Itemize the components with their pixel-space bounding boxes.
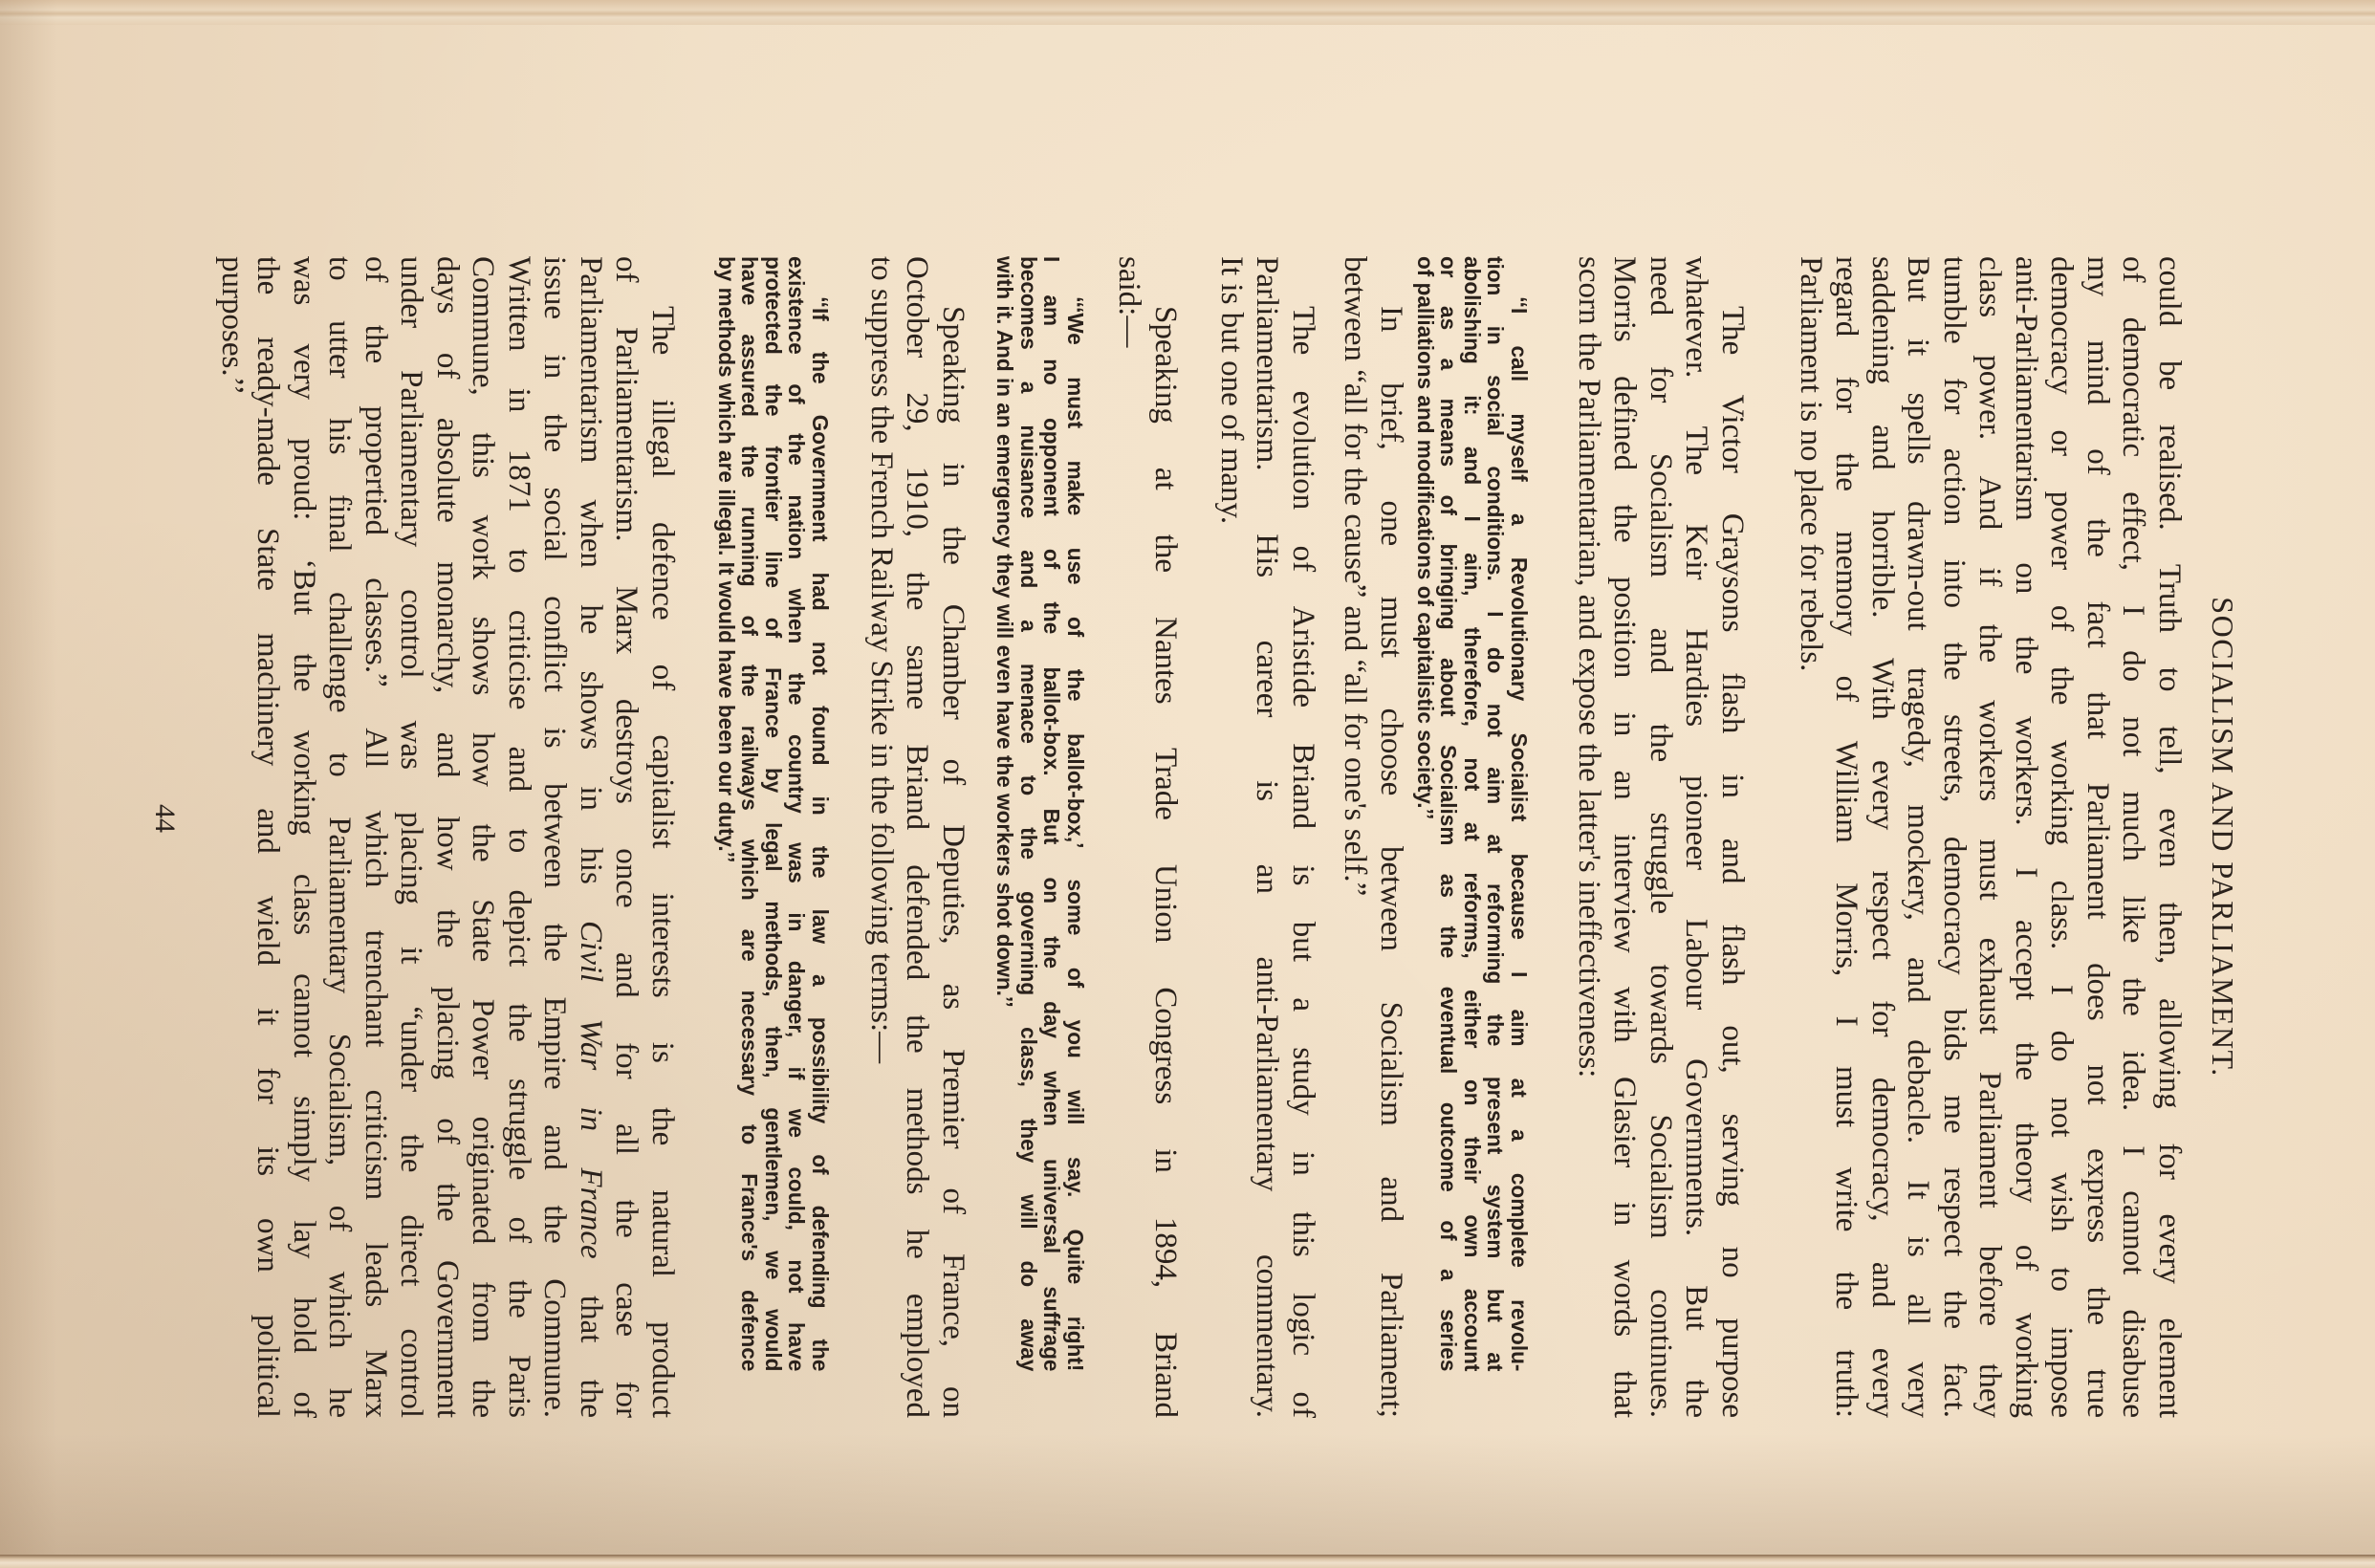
page-curl-shadow (0, 1434, 2375, 1557)
text-line: said:— (1111, 256, 1147, 1418)
book-title: Civil War in France (574, 921, 608, 1259)
text-line: to suppress the French Railway Strike in… (863, 256, 900, 1418)
quote-line: I am no opponent of the ballot-box. But … (1040, 256, 1064, 1371)
text-line: The Victor Graysons flash in and flash o… (1714, 256, 1751, 1418)
text-line: But it spells drawn-out tragedy, mockery… (1900, 256, 1936, 1418)
text-line: purposes.’’ (214, 256, 251, 1418)
page-stack-edge-bottom (0, 1555, 2375, 1568)
paragraph-evolution-briand: The evolution of Aristide Briand is but … (1213, 256, 1321, 1418)
paragraph-chamber: Speaking in the Chamber of Deputies, as … (863, 256, 971, 1418)
paragraph-in-brief: In brief, one must choose between Social… (1337, 256, 1408, 1418)
text-line: Parliamentarism when he shows in his Civ… (573, 256, 609, 1418)
paragraph-nantes: Speaking at the Nantes Trade Union Congr… (1111, 256, 1183, 1418)
quote-line: existence of the nation when the country… (785, 256, 809, 1371)
quote-line: abolishing it: and I aim, therefore, not… (1461, 256, 1485, 1371)
text-line: Speaking in the Chamber of Deputies, as … (935, 256, 971, 1418)
text-line: Written in 1871 to criticise and to depi… (501, 256, 537, 1418)
text-line: The illegal defence of capitalist intere… (644, 256, 681, 1418)
page-stack-edge-top (0, 0, 2375, 25)
text-line: It is but one of many. (1213, 256, 1250, 1418)
paragraph-1: could be realised. Truth to tell, even t… (1793, 256, 2188, 1418)
text-line: under Parliamentary control was placing … (393, 256, 429, 1418)
text-line: In brief, one must choose between Social… (1373, 256, 1409, 1418)
text-line: issue in the social conflict is between … (536, 256, 573, 1418)
page-number: 44 (145, 799, 184, 838)
quote-line: with it. And in an emergency they will e… (993, 256, 1017, 1371)
text-line: of Parliamentarism. Marx destroys once a… (608, 256, 644, 1418)
binding-shadow (0, 0, 57, 1568)
text-line: Speaking at the Nantes Trade Union Congr… (1147, 256, 1184, 1418)
text-line: Commune, this work shows how the State P… (465, 256, 501, 1418)
text-line: Morris defined the position in an interv… (1606, 256, 1643, 1418)
text-line: need for Socialism and the struggle towa… (1643, 256, 1679, 1418)
quote-government: ‘‘If the Government had not found in the… (715, 256, 833, 1418)
quote-line: or as a means of bringing about Socialis… (1437, 256, 1461, 1371)
quote-line: of palliations and modifications of capi… (1414, 256, 1438, 1371)
text-line: Parliamentarism. His career is an anti-P… (1249, 256, 1285, 1418)
quote-line: by methods which are illegal. It would h… (715, 256, 739, 1371)
text-line: the ready-made State machinery and wield… (250, 256, 286, 1418)
text-line: was very proud: ‘But the working class c… (286, 256, 322, 1418)
text-line: of democratic effect, I do not much like… (2115, 256, 2151, 1418)
text-line: class power. And if the workers must exh… (1972, 256, 2008, 1418)
running-head: SOCIALISM AND PARLIAMENT. (2204, 256, 2242, 1418)
quote-line: ‘‘‘We must make use of the ballot-box,’ … (1064, 256, 1088, 1371)
text-line: days of absolute monarchy, and how the p… (429, 256, 466, 1418)
quote-line: protected the frontier line of France by… (762, 256, 786, 1371)
quote-line: ‘‘I call myself a Revolutionary Socialis… (1508, 256, 1532, 1371)
text-line: democracy or power of the working class.… (2043, 256, 2080, 1418)
quote-line: tion in social conditions. I do not aim … (1484, 256, 1508, 1371)
text-line: scorn the Parliamentarian, and expose th… (1571, 256, 1607, 1418)
text-line: whatever. The Keir Hardies pioneer Labou… (1678, 256, 1714, 1418)
text-line: of the propertied classes.” All which tr… (358, 256, 394, 1418)
text-line: tumble for action into the streets, demo… (1936, 256, 1972, 1418)
text-line: Parliament is no place for rebels. (1793, 256, 1829, 1418)
text-line: to utter his final challenge to Parliame… (321, 256, 358, 1418)
text-line: The evolution of Aristide Briand is but … (1285, 256, 1321, 1418)
quote-ballot-box: ‘‘‘We must make use of the ballot-box,’ … (993, 256, 1087, 1418)
text-line: anti-Parliamentarism on the workers. I a… (2008, 256, 2044, 1418)
rotated-text-block: SOCIALISM AND PARLIAMENT. could be reali… (177, 256, 2242, 1418)
paragraph-illegal-defence: The illegal defence of capitalist intere… (214, 256, 681, 1418)
paragraph-victor-grayson: The Victor Graysons flash in and flash o… (1571, 256, 1751, 1418)
quote-line: have assured the running of the railways… (738, 256, 762, 1371)
text-line: my mind of the fact that Parliament does… (2080, 256, 2116, 1418)
text-line: October 29, 1910, the same Briand defend… (899, 256, 935, 1418)
text-line: between “all for the cause” and “all for… (1337, 256, 1373, 1418)
quote-line: ‘‘If the Government had not found in the… (809, 256, 833, 1371)
quote-line: becomes a nuisance and a menace to the g… (1017, 256, 1041, 1371)
text-line: regard for the memory of William Morris,… (1828, 256, 1864, 1418)
quote-morris: ‘‘I call myself a Revolutionary Socialis… (1414, 256, 1532, 1418)
text-line: could be realised. Truth to tell, even t… (2151, 256, 2188, 1418)
text-line: saddening and horrible. With every respe… (1864, 256, 1901, 1418)
